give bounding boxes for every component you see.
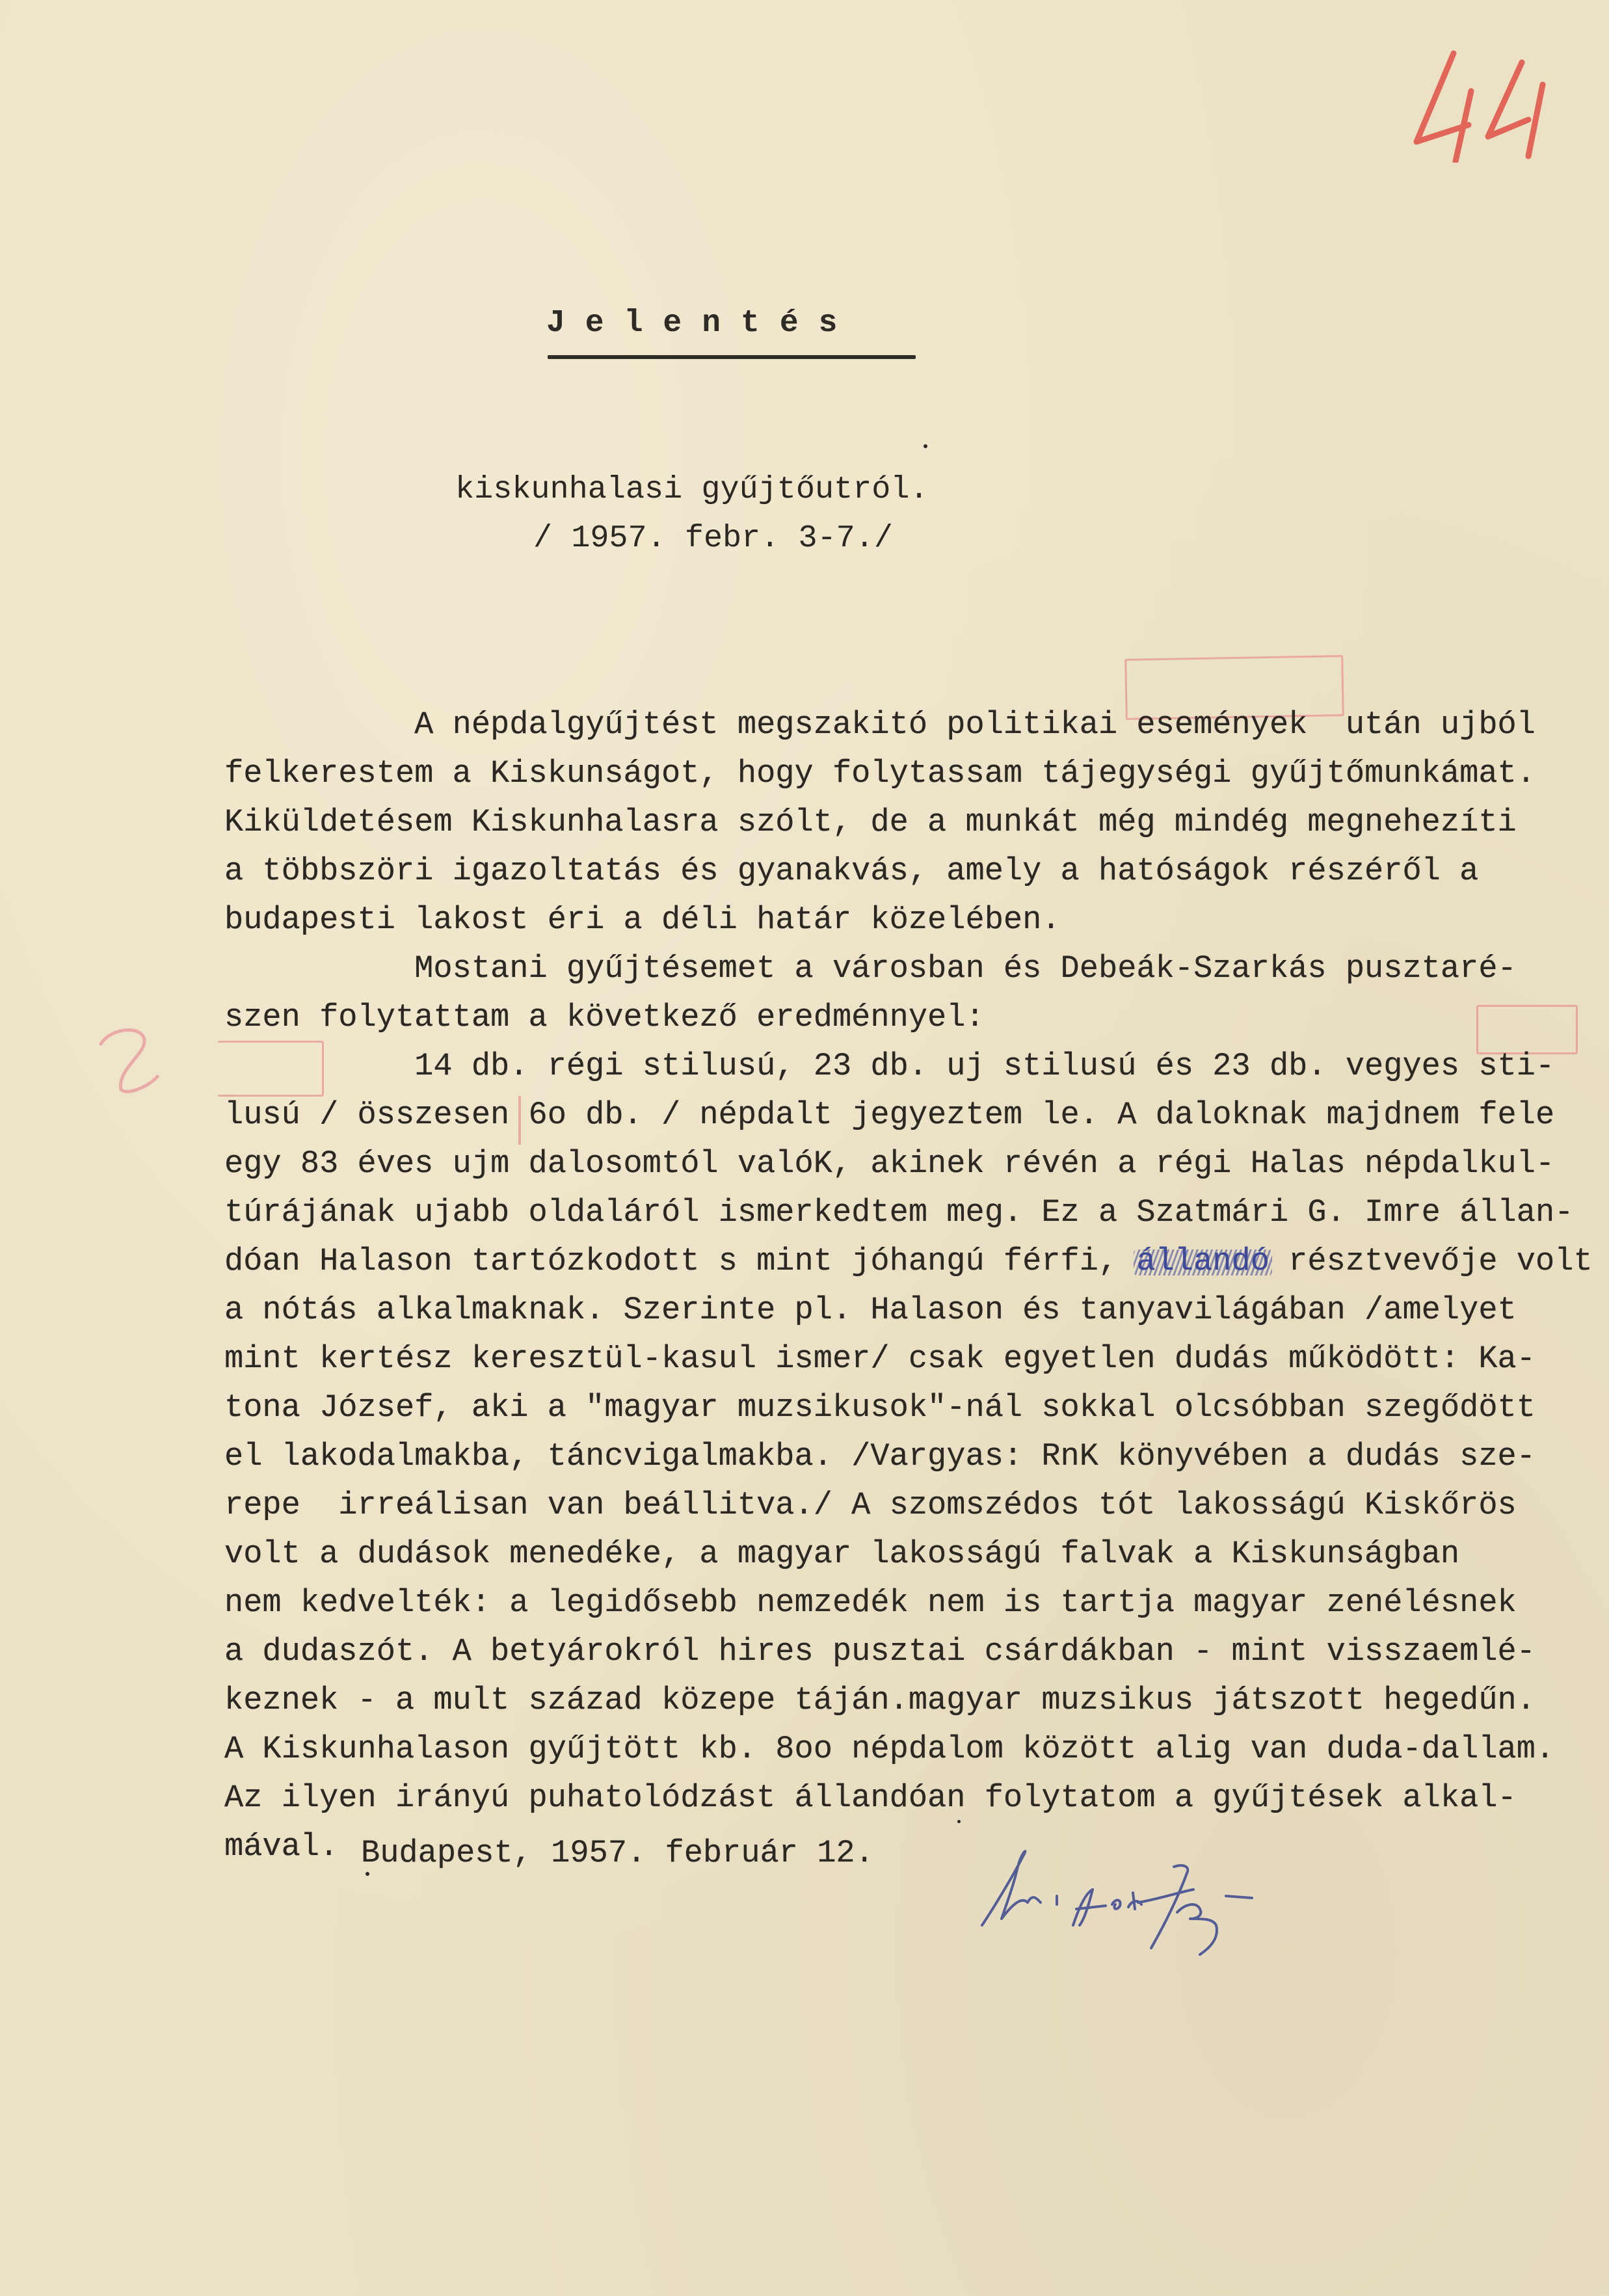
- body-line: mint kertész keresztül-kasul ismer/ csak…: [224, 1343, 1536, 1375]
- body-line: budapesti lakost éri a déli határ közelé…: [224, 904, 1061, 936]
- title-underline: [548, 355, 916, 359]
- document-title: Jelentés: [546, 306, 857, 341]
- handwritten-signature: handwritten signature: [956, 1828, 1320, 1958]
- body-line: Az ilyen irányú puhatolódzást állandóan …: [224, 1782, 1517, 1814]
- ink-speck: [924, 444, 927, 448]
- body-line: A népdalgyűjtést megszakitó politikai es…: [224, 709, 1536, 741]
- body-line: 14 db. régi stilusú, 23 db. uj stilusú é…: [224, 1050, 1554, 1082]
- body-line: el lakodalmakba, táncvigalmakba. /Vargya…: [224, 1441, 1536, 1473]
- body-line-text: dóan Halason tartózkodott s mint jóhangú…: [224, 1243, 1136, 1279]
- page-number-text: 44: [1398, 46, 1400, 46]
- body-line: egy 83 éves ujm dalosomtól valóK, akinek…: [224, 1148, 1554, 1180]
- struck-out-word: állandó: [1136, 1243, 1270, 1279]
- page-number-annotation: 44: [1398, 46, 1548, 163]
- subtitle-line-1: kiskunhalasi gyűjtőutról.: [455, 472, 929, 507]
- body-line: A Kiskunhalason gyűjtött kb. 8oo népdalo…: [224, 1733, 1554, 1765]
- body-line: túrájának ujabb oldaláról ismerkedtem me…: [224, 1197, 1573, 1229]
- body-line-text: résztvevője volt: [1270, 1243, 1593, 1279]
- body-line-with-strikeout: dóan Halason tartózkodott s mint jóhangú…: [224, 1246, 1593, 1277]
- ink-speck: [366, 1872, 369, 1876]
- body-line: keznek - a mult század közepe táján.magy…: [224, 1685, 1536, 1716]
- body-line: Mostani gyűjtésemet a városban és Debeák…: [224, 953, 1517, 985]
- subtitle-line-2: / 1957. febr. 3-7./: [533, 520, 893, 556]
- body-line: szen folytattam a következő eredménnyel:: [224, 1002, 985, 1034]
- body-line: Kiküldetésem Kiskunhalasra szólt, de a m…: [224, 807, 1517, 838]
- svg-text:2: 2: [98, 1024, 98, 1025]
- svg-text:handwritten signature: handwritten signature: [956, 1828, 964, 1828]
- body-line: lusú / összesen 6o db. / népdalt jegyezt…: [224, 1099, 1554, 1131]
- body-line: repe irreálisan van beállitva./ A szomsz…: [224, 1489, 1517, 1521]
- body-line: a nótás alkalmaknak. Szerinte pl. Halaso…: [224, 1294, 1517, 1326]
- body-line: a többszöri igazoltatás és gyanakvás, am…: [224, 855, 1478, 887]
- ink-speck: [957, 1820, 961, 1823]
- margin-annotation-2: 2: [98, 1024, 169, 1096]
- body-line: tona József, aki a "magyar muzsikusok"-n…: [224, 1392, 1536, 1424]
- body-line: nem kedvelték: a legidősebb nemzedék nem…: [224, 1587, 1517, 1619]
- place-and-date: Budapest, 1957. február 12.: [361, 1837, 874, 1869]
- body-line: volt a dudások menedéke, a magyar lakoss…: [224, 1538, 1459, 1570]
- red-pencil-box-sti: [1476, 1005, 1578, 1054]
- body-line: a dudaszót. A betyárokról hires pusztai …: [224, 1636, 1536, 1668]
- body-line: felkerestem a Kiskunságot, hogy folytass…: [224, 758, 1536, 790]
- body-line: mával.: [224, 1831, 338, 1863]
